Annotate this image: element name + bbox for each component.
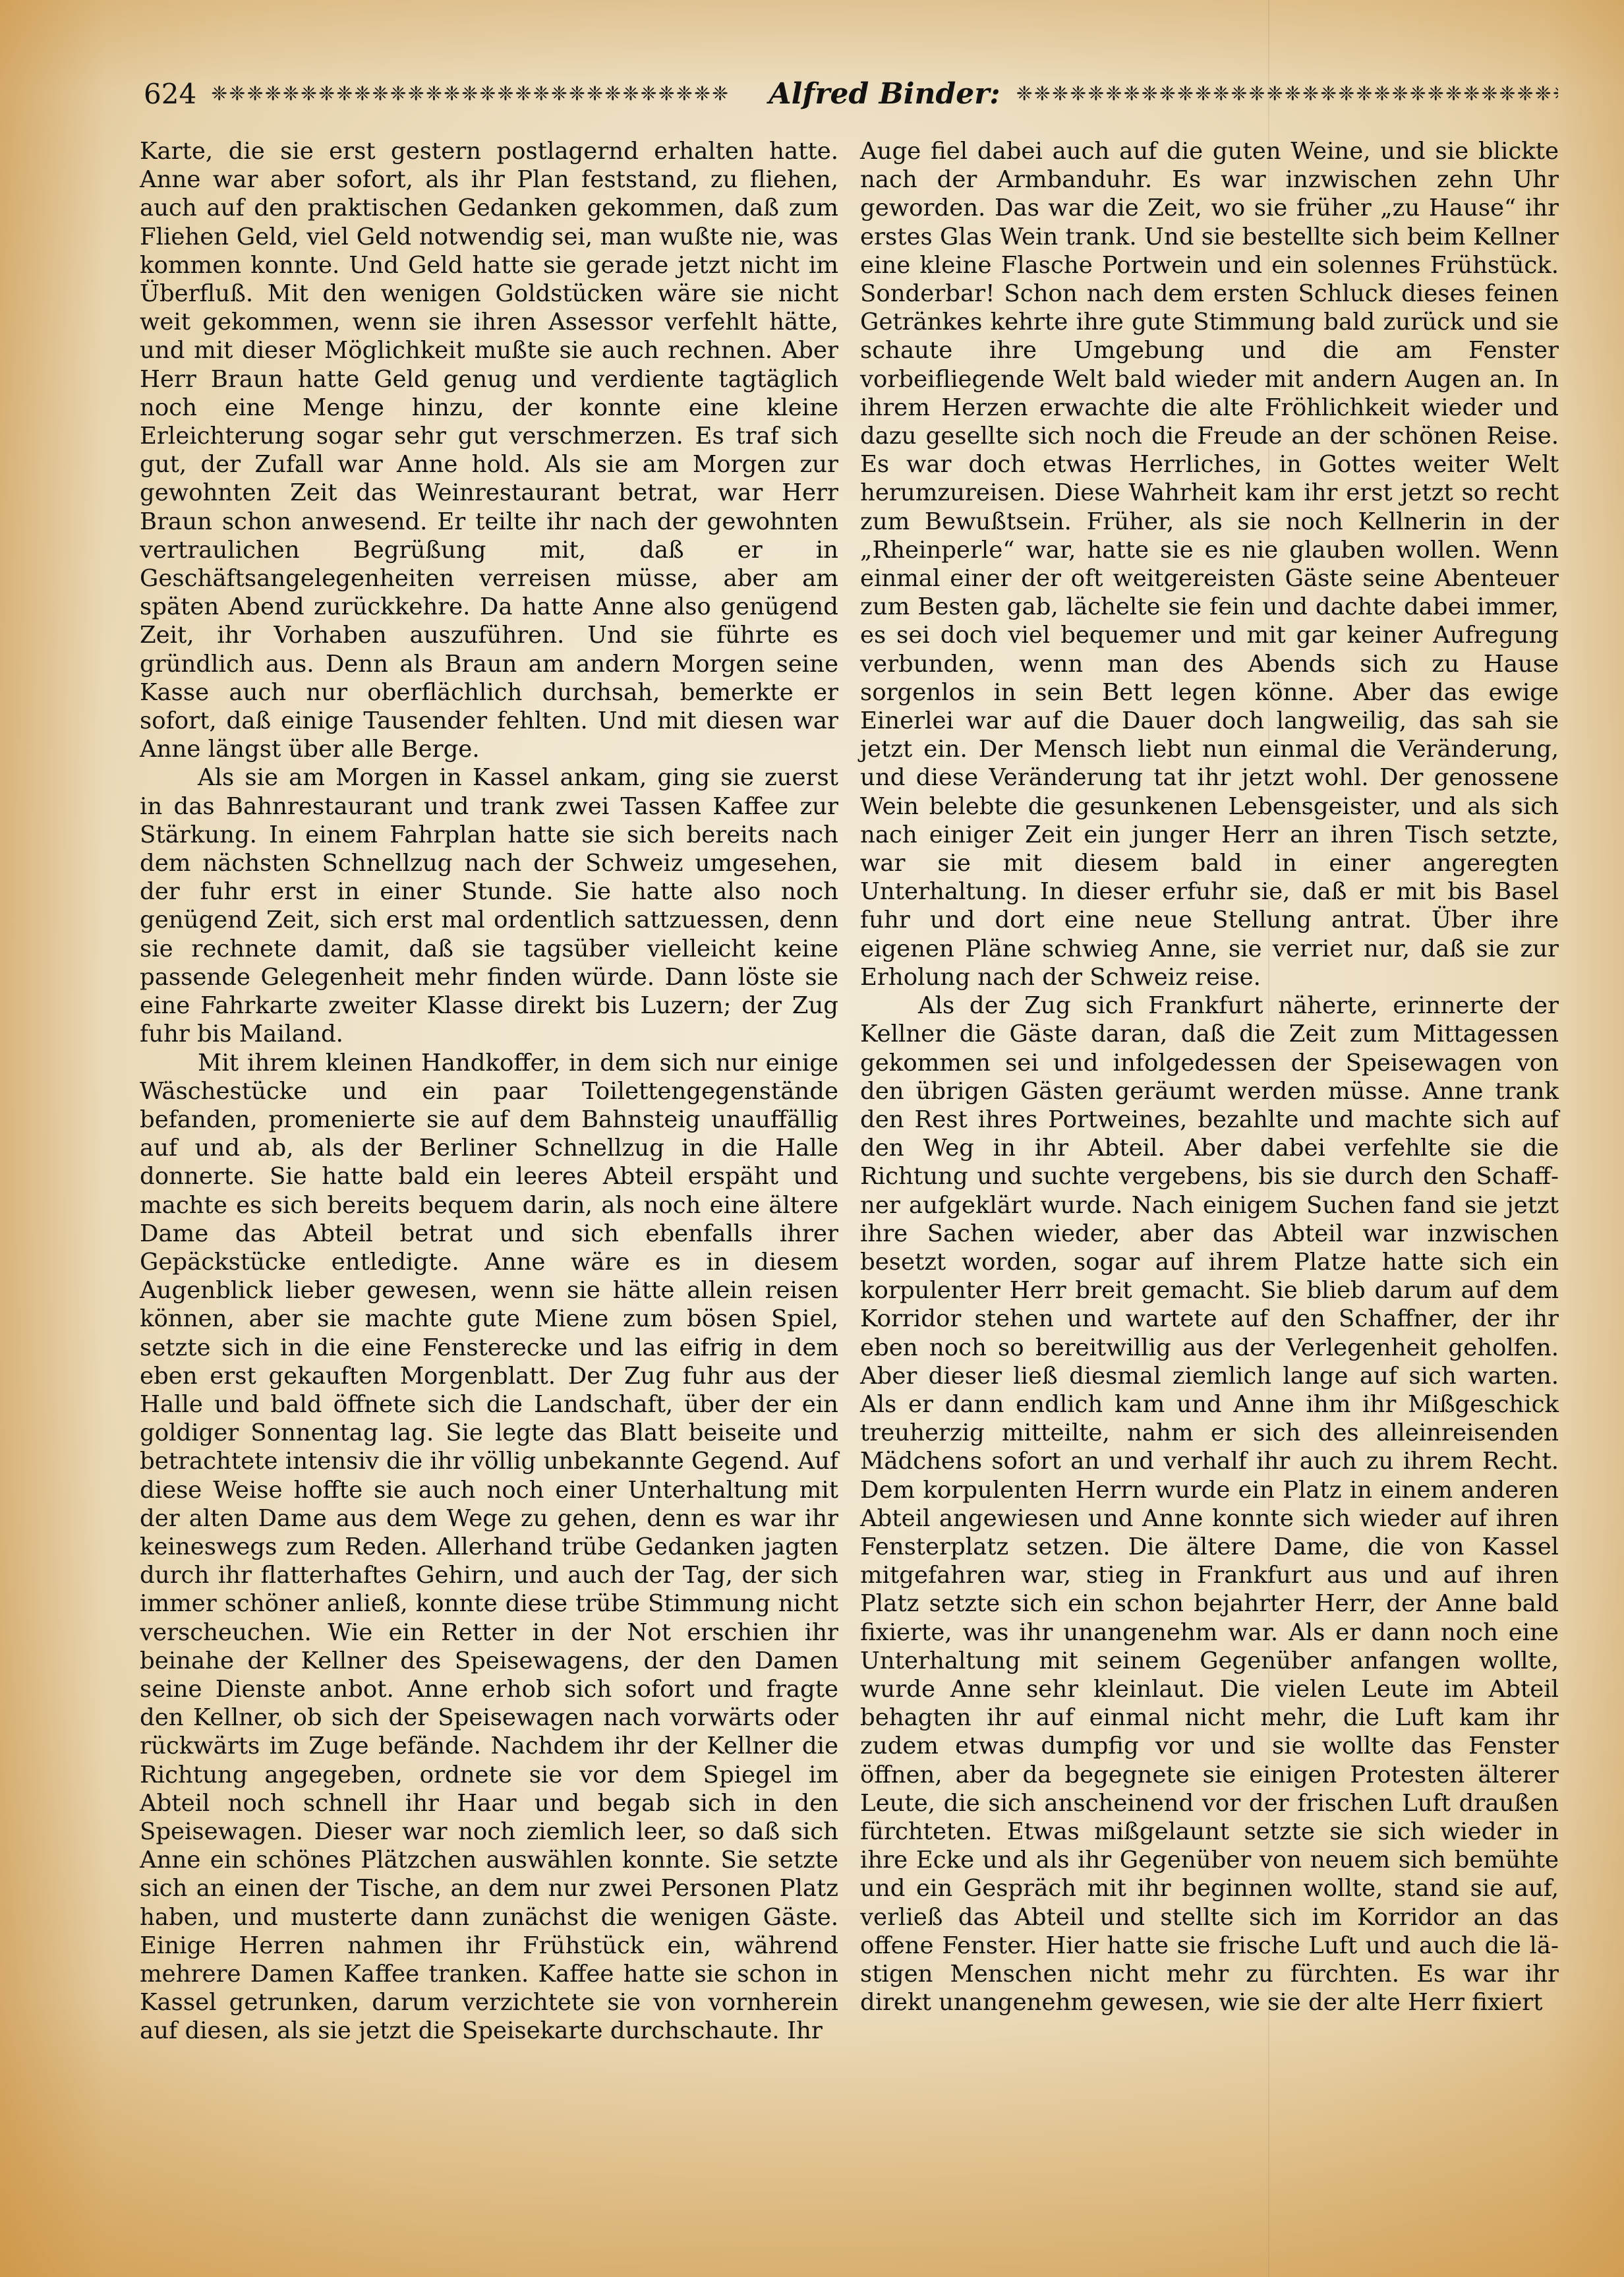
text-column-right: Auge fiel dabei auch auf die guten Weine… <box>860 137 1559 2017</box>
running-header: 624 ❈❈❈❈❈❈❈❈❈❈❈❈❈❈❈❈❈❈❈❈❈❈❈❈❈❈❈❈❈ Alfred… <box>144 74 1558 113</box>
author-running-title: Alfred Binder: <box>769 77 1000 111</box>
paragraph: Auge fiel dabei auch auf die guten Weine… <box>860 137 1559 991</box>
paragraph: Karte, die sie erst gestern postlagernd … <box>140 137 838 763</box>
paragraph: Als sie am Morgen in Kassel ankam, ging … <box>140 763 838 1048</box>
paragraph: Als der Zug sich Frankfurt näherte, erin… <box>860 991 1559 2017</box>
paragraph: Mit ihrem kleinen Handkoffer, in dem sic… <box>140 1049 838 2046</box>
page-number: 624 <box>144 78 196 110</box>
text-column-left: Karte, die sie erst gestern postlagernd … <box>140 137 838 2046</box>
ornament-rule-right: ❈❈❈❈❈❈❈❈❈❈❈❈❈❈❈❈❈❈❈❈❈❈❈❈❈❈❈❈❈❈❈ <box>1016 82 1558 105</box>
ornament-rule-left: ❈❈❈❈❈❈❈❈❈❈❈❈❈❈❈❈❈❈❈❈❈❈❈❈❈❈❈❈❈ <box>211 82 753 105</box>
